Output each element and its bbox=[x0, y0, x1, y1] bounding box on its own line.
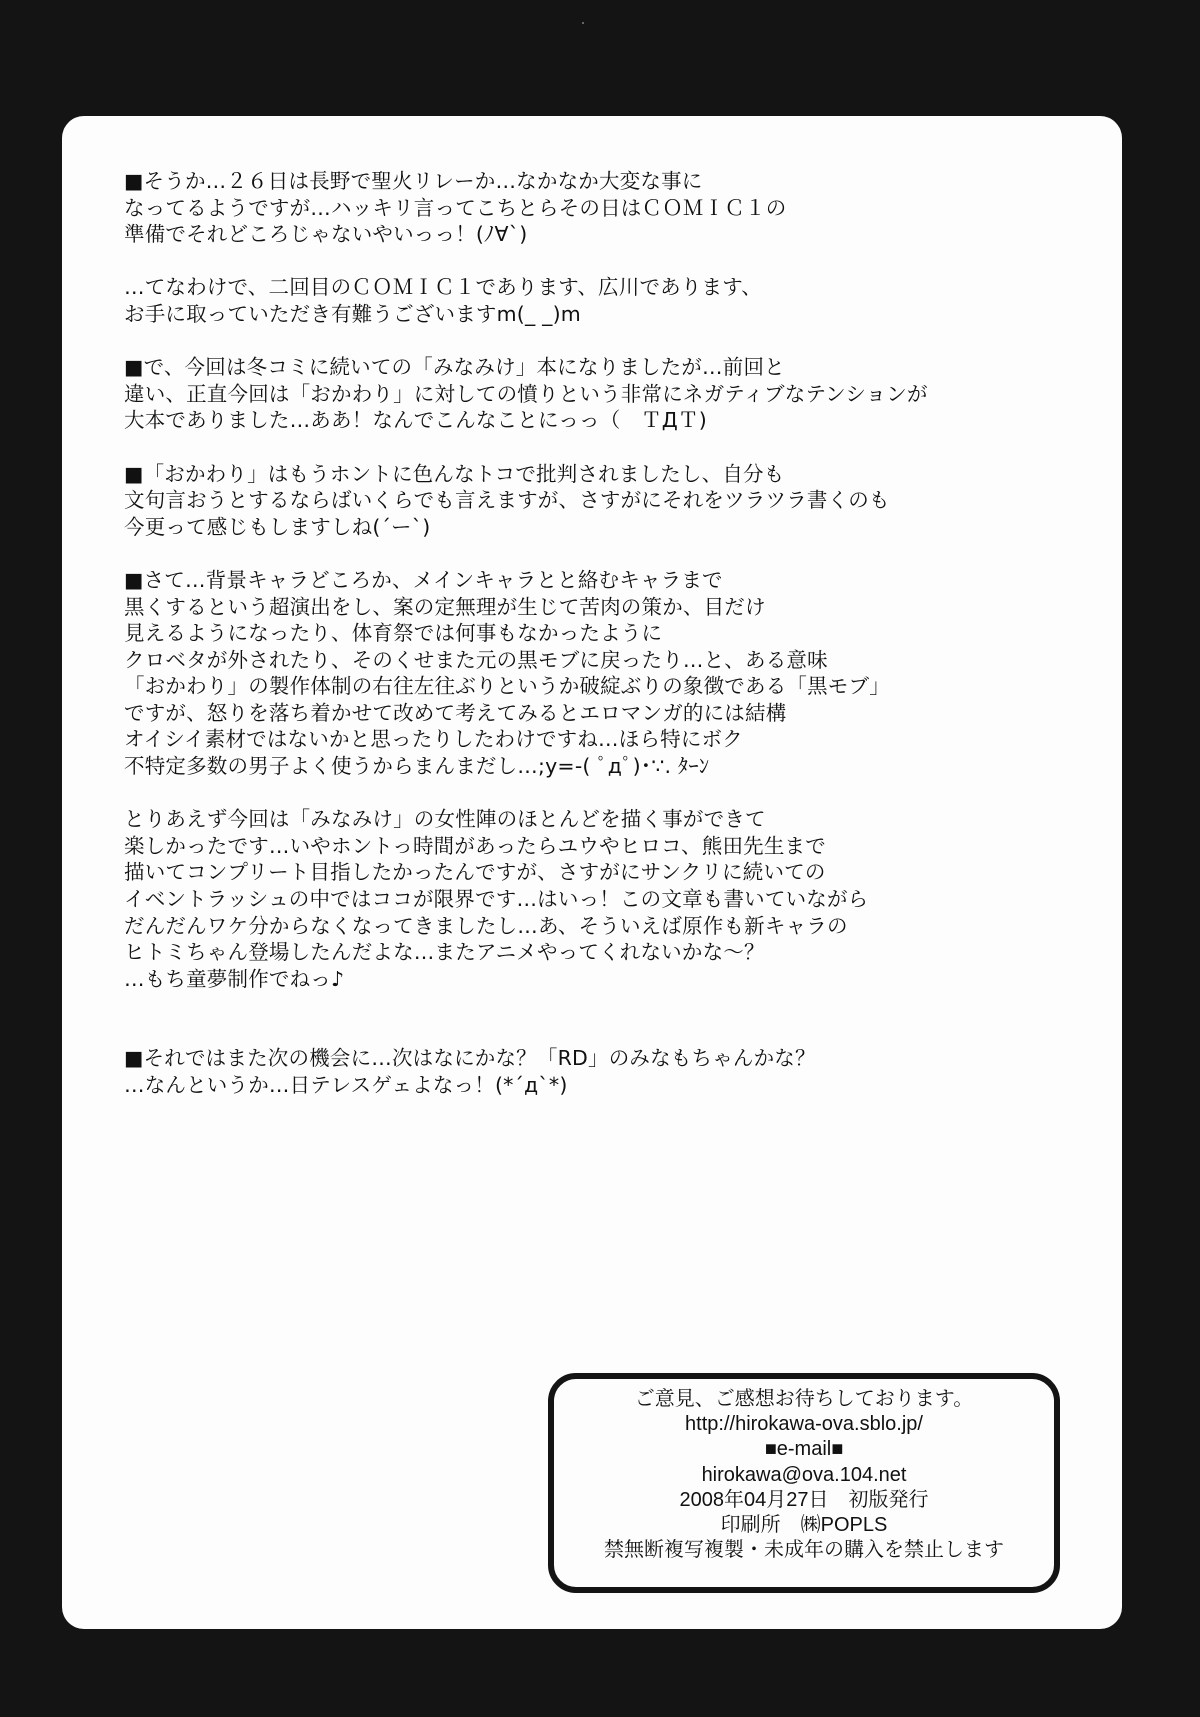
paragraph-4: ■「おかわり」はもうホントに色んなトコで批判されましたし、自分も 文句言おうとす… bbox=[124, 461, 1024, 541]
text-line: オイシイ素材ではないかと思ったりしたわけですね…ほら特にボク bbox=[124, 726, 1024, 753]
text-line: なってるようですが…ハッキリ言ってこちとらその日はＣＯＭＩＣ１の bbox=[124, 195, 1024, 222]
website-url: http://hirokawa-ova.sblo.jp/ bbox=[554, 1412, 1054, 1437]
text-line: ■で、今回は冬コミに続いての「みなみけ」本になりましたが…前回と bbox=[124, 354, 1024, 381]
paragraph-2: …てなわけで、二回目のＣＯＭＩＣ１であります、広川であります、 お手に取っていた… bbox=[124, 274, 1024, 327]
text-line: ■そうか…２６日は長野で聖火リレーか…なかなか大変な事に bbox=[124, 168, 1024, 195]
text-line: 文句言おうとするならばいくらでも言えますが、さすがにそれをツラツラ書くのも bbox=[124, 487, 1024, 514]
colophon-box: ご意見、ご感想お待ちしております。 http://hirokawa-ova.sb… bbox=[548, 1373, 1060, 1593]
printer: 印刷所 ㈱POPLS bbox=[554, 1513, 1054, 1538]
text-line: 「おかわり」の製作体制の右往左往ぶりというか破綻ぶりの象徴である「黒モブ」 bbox=[124, 673, 1024, 700]
text-line: …もち童夢制作でねっ♪ bbox=[124, 966, 1024, 993]
text-line: 不特定多数の男子よく使うからまんまだし…;y=-( ﾟдﾟ)･∵. ﾀｰﾝ bbox=[124, 753, 1024, 780]
text-line: 楽しかったです…いやホントっ時間があったらユウやヒロコ、熊田先生まで bbox=[124, 833, 1024, 860]
text-line: 準備でそれどころじゃないやいっっ！(ﾉ∀`) bbox=[124, 221, 1024, 248]
text-line: …なんというか…日テレスゲェよなっ！(*´д`*) bbox=[124, 1072, 1024, 1099]
text-line: 今更って感じもしますしね(´ー`) bbox=[124, 514, 1024, 541]
paragraph-6: とりあえず今回は「みなみけ」の女性陣のほとんどを描く事ができて 楽しかったです…… bbox=[124, 806, 1024, 992]
paragraph-3: ■で、今回は冬コミに続いての「みなみけ」本になりましたが…前回と 違い、正直今回… bbox=[124, 354, 1024, 434]
text-line: 大本でありました…ああ！なんでこんなことにっっ（ ＴДＴ) bbox=[124, 407, 1024, 434]
feedback-message: ご意見、ご感想お待ちしております。 bbox=[554, 1387, 1054, 1412]
afterword-page: ■そうか…２６日は長野で聖火リレーか…なかなか大変な事に なってるようですが…ハ… bbox=[62, 116, 1122, 1629]
text-line: クロベタが外されたり、そのくせまた元の黒モブに戻ったり…と、ある意味 bbox=[124, 647, 1024, 674]
publish-date: 2008年04月27日 初版発行 bbox=[554, 1488, 1054, 1513]
text-line: とりあえず今回は「みなみけ」の女性陣のほとんどを描く事ができて bbox=[124, 806, 1024, 833]
text-line: ■さて…背景キャラどころか、メインキャラとと絡むキャラまで bbox=[124, 567, 1024, 594]
scan-speck bbox=[582, 22, 584, 24]
text-line: 黒くするという超演出をし、案の定無理が生じて苦肉の策か、目だけ bbox=[124, 594, 1024, 621]
text-line: 見えるようになったり、体育祭では何事もなかったように bbox=[124, 620, 1024, 647]
text-line: …てなわけで、二回目のＣＯＭＩＣ１であります、広川であります、 bbox=[124, 274, 1024, 301]
text-line: 違い、正直今回は「おかわり」に対しての憤りという非常にネガティブなテンションが bbox=[124, 381, 1024, 408]
text-line: ですが、怒りを落ち着かせて改めて考えてみるとエロマンガ的には結構 bbox=[124, 700, 1024, 727]
email-address: hirokawa@ova.104.net bbox=[554, 1463, 1054, 1488]
paragraph-5: ■さて…背景キャラどころか、メインキャラとと絡むキャラまで 黒くするという超演出… bbox=[124, 567, 1024, 780]
paragraph-1: ■そうか…２６日は長野で聖火リレーか…なかなか大変な事に なってるようですが…ハ… bbox=[124, 168, 1024, 248]
copyright-notice: 禁無断複写複製・未成年の購入を禁止します bbox=[554, 1538, 1054, 1563]
text-line: ヒトミちゃん登場したんだよな…またアニメやってくれないかな～？ bbox=[124, 939, 1024, 966]
text-line: ■それではまた次の機会に…次はなにかな？「RD」のみなもちゃんかな？ bbox=[124, 1045, 1024, 1072]
text-line: ■「おかわり」はもうホントに色んなトコで批判されましたし、自分も bbox=[124, 461, 1024, 488]
paragraph-7: ■それではまた次の機会に…次はなにかな？「RD」のみなもちゃんかな？ …なんとい… bbox=[124, 1045, 1024, 1098]
text-line: だんだんワケ分からなくなってきましたし…あ、そういえば原作も新キャラの bbox=[124, 913, 1024, 940]
afterword-text: ■そうか…２６日は長野で聖火リレーか…なかなか大変な事に なってるようですが…ハ… bbox=[124, 168, 1024, 1125]
text-line: お手に取っていただき有難うございますm(_ _)m bbox=[124, 301, 1024, 328]
text-line: イベントラッシュの中ではココが限界です…はいっ！この文章も書いていながら bbox=[124, 886, 1024, 913]
email-label: ■e-mail■ bbox=[554, 1437, 1054, 1462]
text-line: 描いてコンプリート目指したかったんですが、さすがにサンクリに続いての bbox=[124, 859, 1024, 886]
